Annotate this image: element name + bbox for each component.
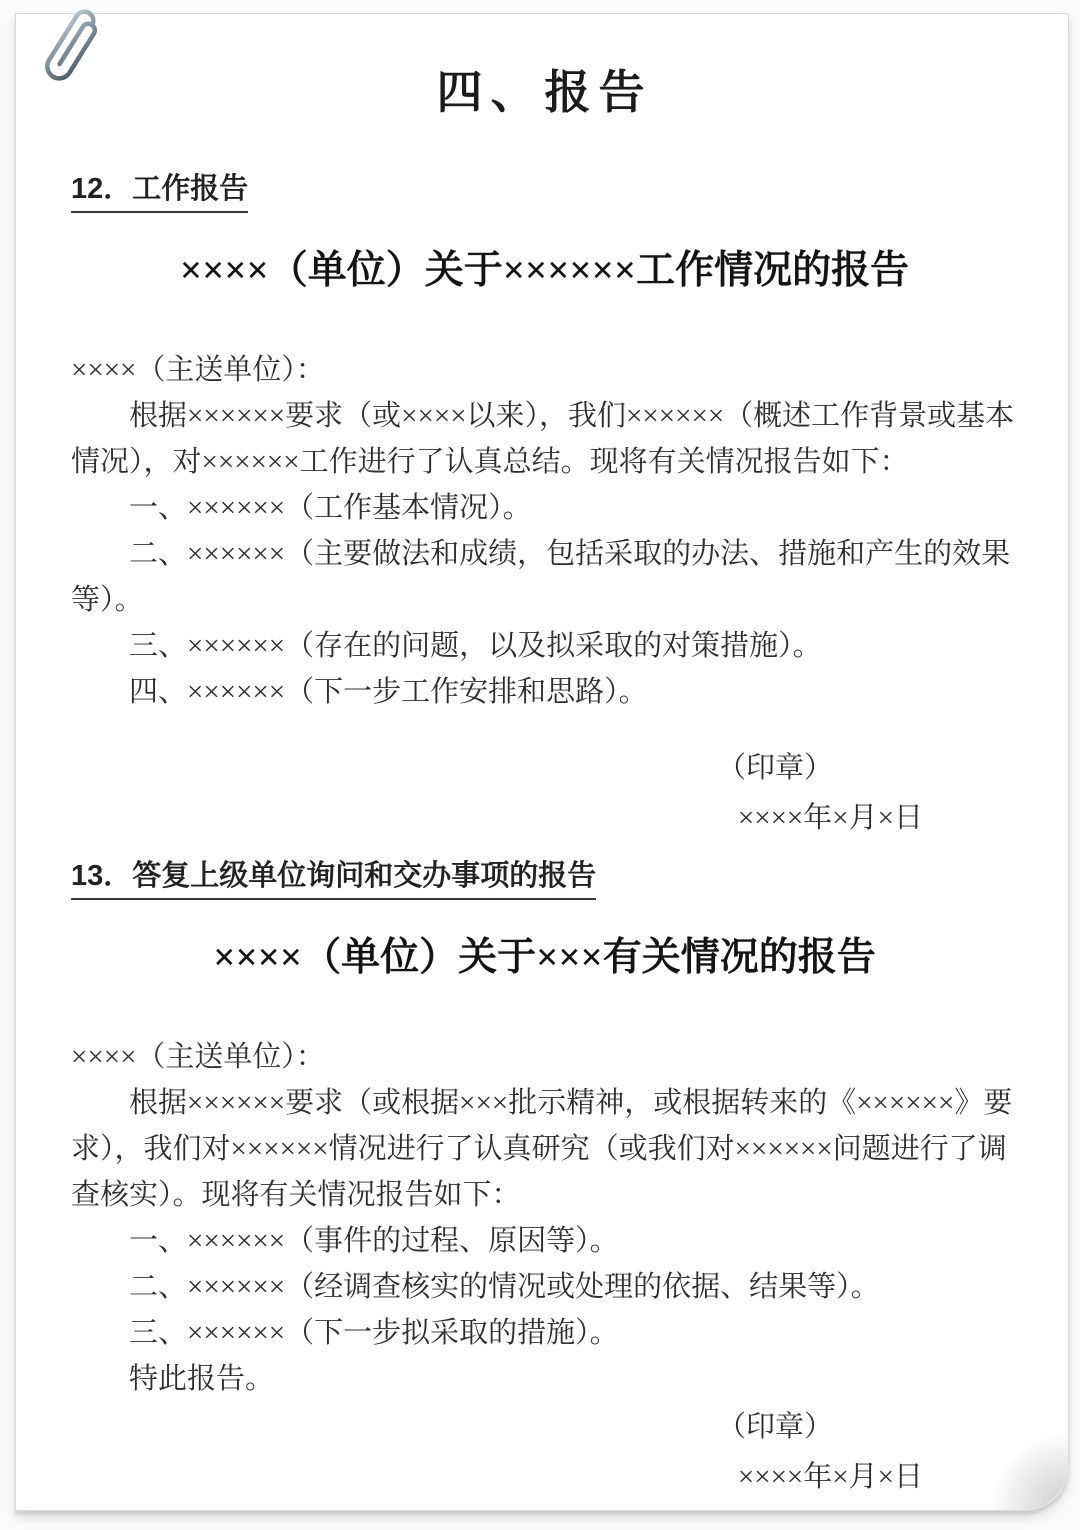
closing-line: 特此报告。 <box>71 1356 1018 1402</box>
photo-background: 四、报告 12．工作报告 ××××（单位）关于××××××工作情况的报告 ×××… <box>0 0 1080 1530</box>
signature-block: （印章） ××××年×月×日 <box>71 1402 1018 1502</box>
salutation: ××××（主送单位）： <box>71 347 1018 393</box>
section-heading-row: 13．答复上级单位询问和交办事项的报告 <box>71 853 1018 900</box>
page-content: 四、报告 12．工作报告 ××××（单位）关于××××××工作情况的报告 ×××… <box>16 14 1068 1510</box>
seal-placeholder: （印章） <box>71 743 1018 793</box>
section-reply-report: 13．答复上级单位询问和交办事项的报告 ××××（单位）关于×××有关情况的报告… <box>71 853 1018 1502</box>
list-item: 二、××××××（经调查核实的情况或处理的依据、结果等）。 <box>71 1264 1018 1310</box>
section-heading-row: 12．工作报告 <box>71 166 1018 213</box>
signature-block: （印章） ××××年×月×日 <box>71 743 1018 843</box>
section-heading: 12．工作报告 <box>71 166 248 213</box>
list-item: 三、××××××（存在的问题，以及拟采取的对策措施）。 <box>71 623 1018 669</box>
seal-placeholder: （印章） <box>71 1402 1018 1452</box>
list-item: 四、××××××（下一步工作安排和思路）。 <box>71 669 1018 715</box>
section-heading: 13．答复上级单位询问和交办事项的报告 <box>71 853 596 900</box>
list-item: 一、××××××（工作基本情况）。 <box>71 485 1018 531</box>
document-page: 四、报告 12．工作报告 ××××（单位）关于××××××工作情况的报告 ×××… <box>15 13 1069 1511</box>
document-title: ××××（单位）关于××××××工作情况的报告 <box>71 239 1018 295</box>
date-line: ××××年×月×日 <box>71 1452 1018 1502</box>
list-item: 三、××××××（下一步拟采取的措施）。 <box>71 1310 1018 1356</box>
page-title: 四、报告 <box>71 56 1018 122</box>
salutation: ××××（主送单位）： <box>71 1034 1018 1080</box>
list-item: 一、××××××（事件的过程、原因等）。 <box>71 1218 1018 1264</box>
list-item: 二、××××××（主要做法和成绩，包括采取的办法、措施和产生的效果等）。 <box>71 531 1018 623</box>
document-title: ××××（单位）关于×××有关情况的报告 <box>71 926 1018 982</box>
date-line: ××××年×月×日 <box>71 793 1018 843</box>
paragraph: 根据××××××要求（或××××以来），我们××××××（概述工作背景或基本情况… <box>71 393 1018 485</box>
section-work-report: 12．工作报告 ××××（单位）关于××××××工作情况的报告 ××××（主送单… <box>71 166 1018 843</box>
paragraph: 根据××××××要求（或根据×××批示精神，或根据转来的《××××××》要求），… <box>71 1080 1018 1218</box>
